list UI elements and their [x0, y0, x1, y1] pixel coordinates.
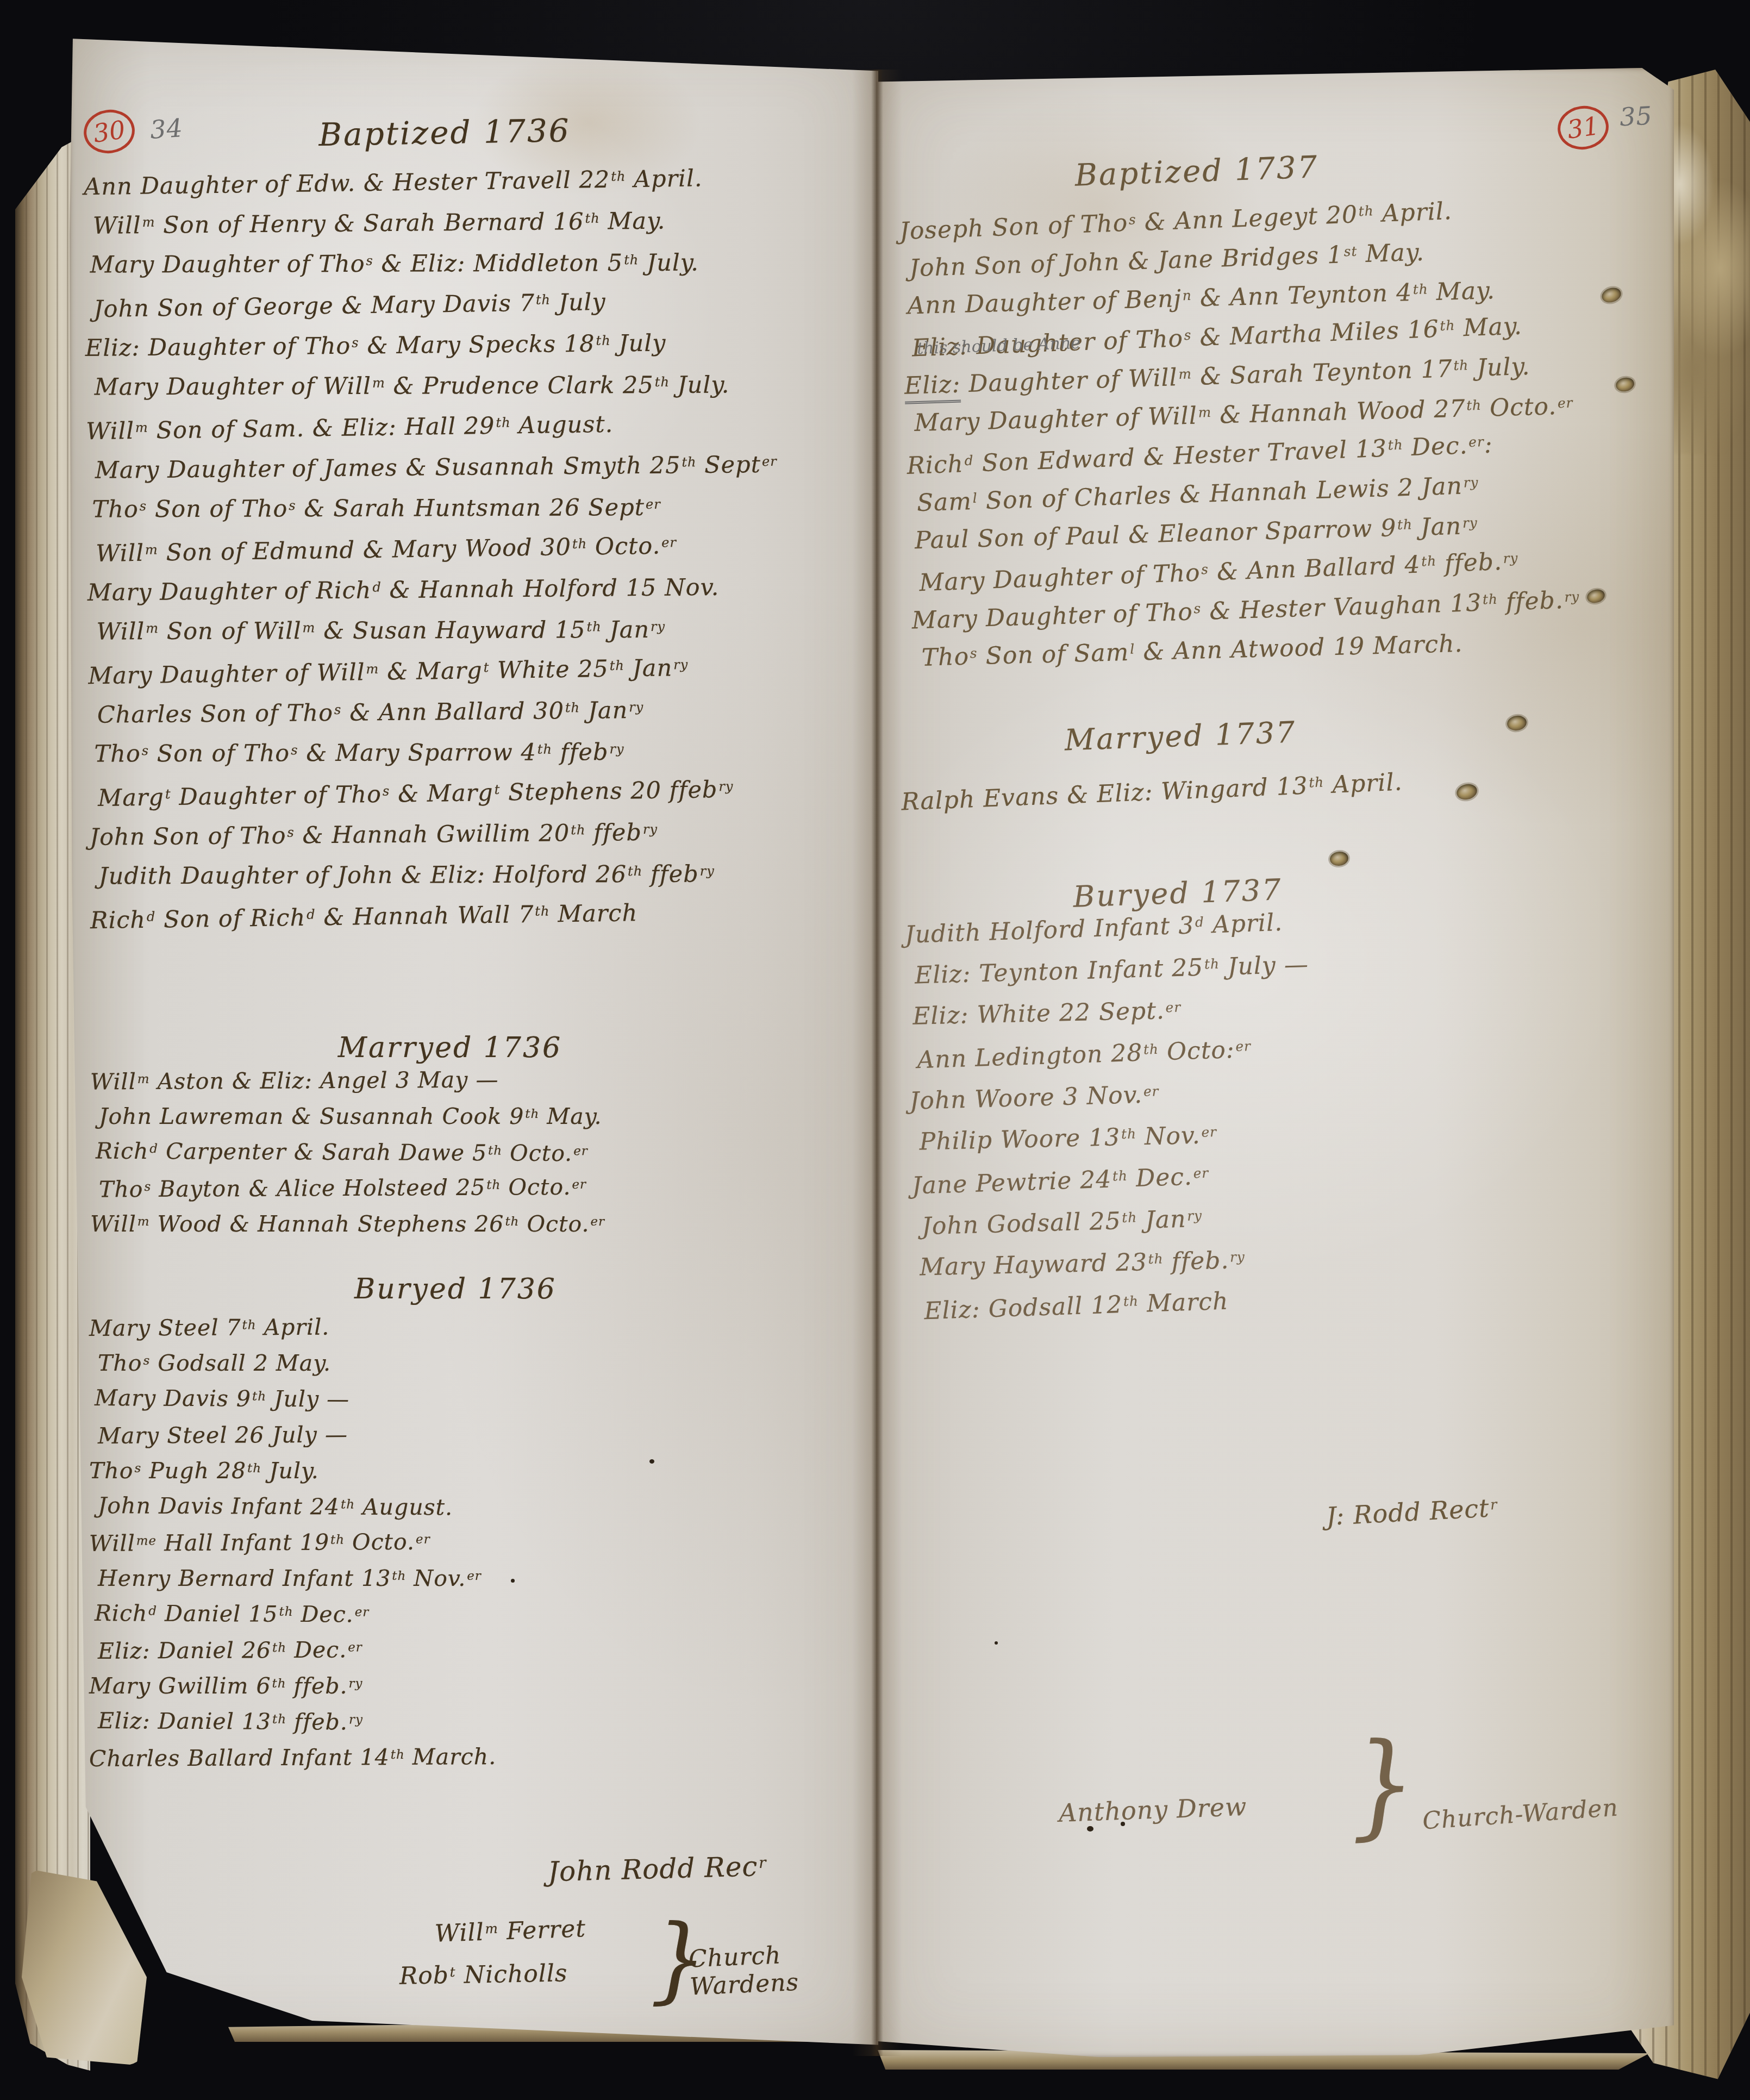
page-number-pencil: 34: [149, 113, 184, 145]
register-entry: Mary Daughter of Willm & Prudence Clark …: [94, 365, 776, 408]
register-entry: Mary Davis 9th July —: [95, 1380, 497, 1418]
ink-speck: [511, 1579, 515, 1583]
ink-speck: [649, 1459, 654, 1464]
rector-signature: J: Rodd Rectr: [1326, 1493, 1498, 1531]
register-entry: Mary Daughter of Richd & Hannah Holford …: [87, 567, 778, 614]
marriages-heading: Marryed 1737: [1039, 714, 1322, 758]
register-entry: Willme Hall Infant 19th Octo.er: [89, 1523, 497, 1561]
register-entry: Thos Pugh 28th July.: [89, 1453, 496, 1489]
burial-entries: Judith Holford Infant 3d April.Eliz: Tey…: [904, 902, 1318, 1331]
register-entry: Margt Daughter of Thos & Margt Stephens …: [98, 769, 780, 820]
register-entry: John Son of Thos & Hannah Gwillim 20th f…: [89, 811, 780, 858]
ink-speck: [1121, 1822, 1125, 1826]
worm-hole: [1600, 285, 1623, 305]
register-entry: Willm Son of Edmund & Mary Wood 30th Oct…: [96, 524, 778, 575]
baptisms-heading: Baptized 1737: [1055, 149, 1339, 194]
churchwarden-label: Church-Warden: [1422, 1793, 1620, 1835]
register-entry: Willm Son of Henry & Sarah Bernard 16th …: [93, 200, 775, 247]
churchwarden-signature: Willm Ferret: [434, 1915, 586, 1948]
baptism-entries: Joseph Son of Thos & Ann Legeyt 20th Apr…: [899, 189, 1582, 679]
brace-glyph: }: [1348, 1717, 1418, 1852]
register-entry: Thos Son of Thos & Sarah Huntsman 26 Sep…: [92, 487, 777, 530]
worm-hole: [1585, 587, 1606, 605]
burials-heading: Buryed 1736: [341, 1273, 570, 1305]
page-number-red: 30: [81, 107, 137, 157]
baptism-entries: Ann Daughter of Edw. & Hester Travell 22…: [84, 159, 781, 940]
register-entry: Mary Daughter of Thos & Eliz: Middleton …: [90, 242, 775, 285]
ink-speck: [995, 1641, 998, 1645]
register-entry: John Davis Infant 24th August.: [98, 1487, 497, 1526]
register-entry: Mary Steel 7th April.: [89, 1308, 497, 1346]
left-page: 30 34 Baptized 1736 Ann Daughter of Edw.…: [70, 33, 878, 2049]
register-entry: Thos Son of Thos & Mary Sparrow 4th ffeb…: [94, 732, 779, 774]
register-entry: John Lawreman & Susannah Cook 9th May.: [99, 1098, 605, 1134]
marriage-entries: Ralph Evans & Eliz: Wingard 13th April.: [901, 764, 1403, 821]
marriage-entries: Willm Aston & Eliz: Angel 3 May —John La…: [90, 1062, 605, 1242]
register-entry: John Son of George & Mary Davis 7th July: [93, 280, 776, 330]
parish-register-photo: 30 34 Baptized 1736 Ann Daughter of Edw.…: [0, 0, 1750, 2100]
register-entry: Eliz: Daughter of Thos & Mary Specks 18t…: [85, 322, 776, 369]
ink-speck: [1087, 1826, 1093, 1832]
register-entry: Charles Son of Thos & Ann Ballard 30th J…: [97, 689, 779, 736]
register-entry: Thos Godsall 2 May.: [98, 1345, 496, 1381]
worm-hole: [1506, 714, 1528, 732]
register-entry: Eliz: Daniel 13th ffeb.ry: [98, 1703, 497, 1741]
register-entry: Mary Steel 26 July —: [98, 1416, 497, 1454]
register-entry: Ralph Evans & Eliz: Wingard 13th April.: [901, 763, 1403, 822]
worm-hole: [1615, 376, 1635, 393]
register-entry: Mary Gwillim 6th ffeb.ry: [89, 1668, 496, 1704]
marriages-heading: Marryed 1736: [325, 1032, 575, 1064]
register-entry: Richd Daniel 15th Dec.er: [95, 1595, 497, 1633]
burial-entries: Mary Steel 7th April.Thos Godsall 2 May.…: [89, 1309, 496, 1776]
register-entry: Richd Son of Richd & Hannah Wall 7th Mar…: [90, 891, 782, 942]
register-entry: Willm Wood & Hannah Stephens 26th Octo.e…: [90, 1206, 605, 1242]
right-page: 31 35 Baptized 1737 Joseph Son of Thos &…: [876, 68, 1674, 2057]
left-bottom-page-curl: [22, 1870, 147, 2065]
churchwarden-signature: Robt Nicholls: [399, 1959, 568, 1990]
baptisms-heading: Baptized 1736: [303, 111, 586, 153]
register-entry: Mary Daughter of James & Susannah Smyth …: [95, 445, 777, 491]
register-entry: Thos Bayton & Alice Holsteed 25th Octo.e…: [99, 1169, 605, 1208]
rector-signature: John Rodd Recr: [547, 1851, 767, 1888]
worm-hole: [1455, 782, 1479, 802]
worm-hole: [1329, 851, 1349, 867]
register-entry: Willm Son of Willm & Susan Hayward 15th …: [96, 609, 778, 652]
register-entry: Charles Ballard Infant 14th March.: [89, 1739, 497, 1777]
register-entry: Henry Bernard Infant 13th Nov.er: [98, 1560, 496, 1596]
register-entry: Willm Aston & Eliz: Angel 3 May —: [90, 1061, 605, 1100]
register-entry: Richd Carpenter & Sarah Dawe 5th Octo.er: [96, 1133, 605, 1172]
register-entry: Ann Daughter of Edw. & Hester Travell 22…: [84, 158, 775, 208]
churchwardens-label: Church Wardens: [688, 1937, 879, 2001]
register-entry: Eliz: Daniel 26th Dec.er: [98, 1631, 497, 1669]
register-entry: Judith Daughter of John & Eliz: Holford …: [98, 854, 780, 897]
page-number-red: 31: [1555, 103, 1611, 153]
register-entry: Willm Son of Sam. & Eliz: Hall 29th Augu…: [86, 402, 777, 453]
page-number-pencil: 35: [1619, 101, 1653, 132]
register-entry: Mary Daughter of Willm & Margt White 25t…: [88, 647, 779, 697]
churchwarden-signature: Anthony Drew: [1058, 1792, 1247, 1828]
